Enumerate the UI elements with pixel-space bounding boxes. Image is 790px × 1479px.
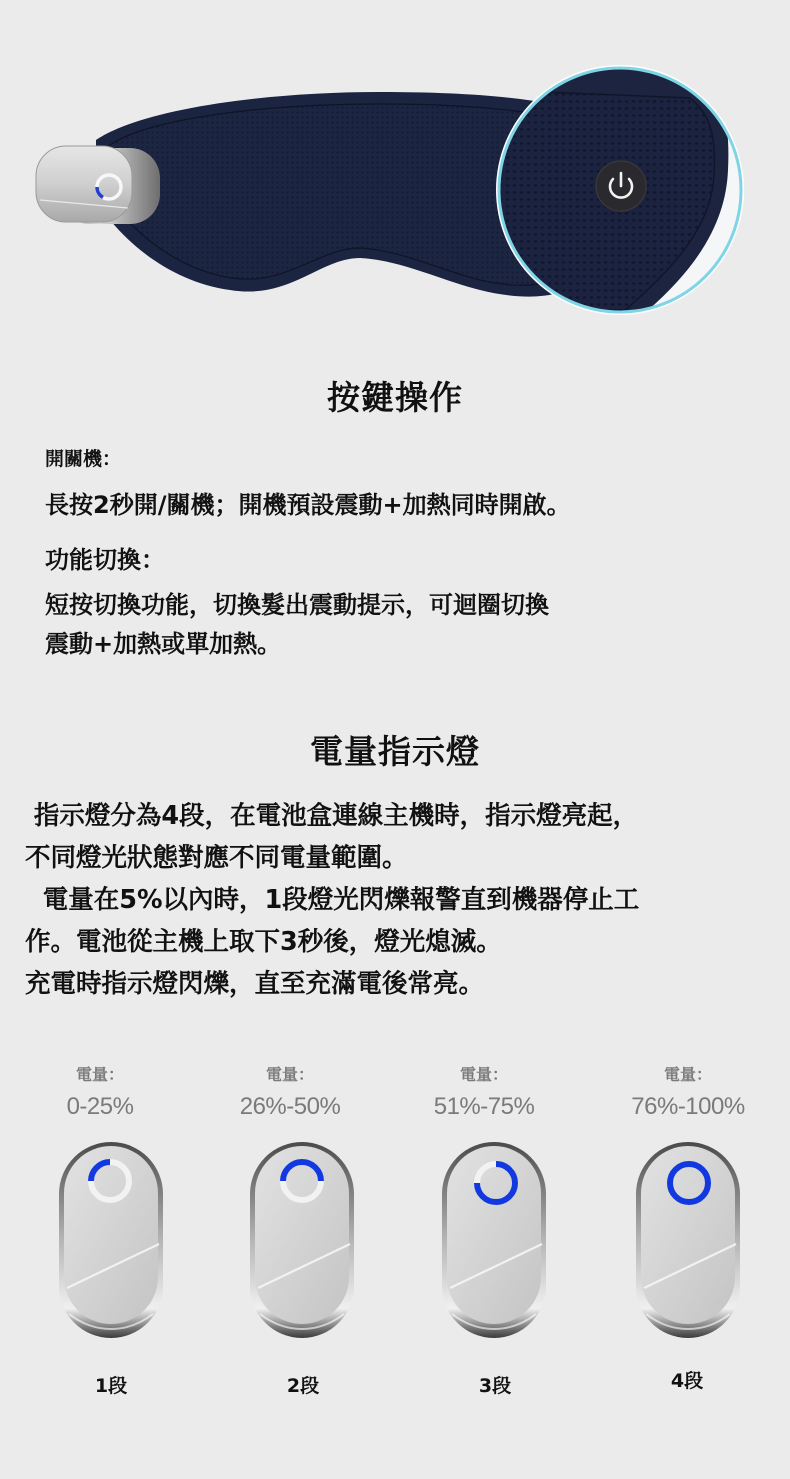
level-4-header: 電量： 76%-100%: [608, 1062, 768, 1121]
power-icon: [595, 160, 647, 212]
level-range: 51%-75%: [404, 1093, 564, 1121]
level-range: 76%-100%: [608, 1093, 768, 1121]
level-range: 26%-50%: [210, 1093, 370, 1121]
indicator-para3: 充電時指示燈閃爍，直至充滿電後常亮。: [25, 964, 484, 1000]
product-hero-image: [0, 0, 790, 340]
level-3-header: 電量： 51%-75%: [404, 1062, 564, 1121]
level-2-header: 電量： 26%-50%: [210, 1062, 370, 1121]
stage-label-2: 2段: [263, 1371, 343, 1398]
eye-mask-illustration: [0, 0, 790, 340]
stage-label-1: 1段: [71, 1371, 151, 1398]
battery-pod-level-3: [438, 1138, 550, 1338]
indicator-para2-line2: 作。電池從主機上取下3秒後，燈光熄滅。: [25, 922, 502, 958]
level-label: 電量：: [20, 1062, 180, 1085]
power-label: 開關機：: [45, 444, 121, 471]
button-ops-title: 按鍵操作: [0, 372, 790, 419]
level-label: 電量：: [210, 1062, 370, 1085]
indicator-para2-line1: 電量在5%以內時，1段燈光閃爍報警直到機器停止工: [25, 880, 639, 916]
function-switch-description-line1: 短按切換功能，切換髮出震動提示，可迴圈切換: [45, 585, 549, 620]
level-label: 電量：: [608, 1062, 768, 1085]
level-range: 0-25%: [20, 1093, 180, 1121]
battery-pod: [36, 146, 160, 224]
stage-label-4: 4段: [647, 1366, 727, 1393]
level-1-header: 電量： 0-25%: [20, 1062, 180, 1121]
function-switch-label: 功能切換：: [45, 540, 165, 575]
battery-pod-level-1: [55, 1138, 167, 1338]
stage-label-3: 3段: [455, 1371, 535, 1398]
battery-pod-level-2: [246, 1138, 358, 1338]
level-label: 電量：: [404, 1062, 564, 1085]
battery-pod-level-4: [632, 1138, 744, 1338]
indicator-title: 電量指示燈: [0, 726, 790, 773]
indicator-para1-line2: 不同燈光狀態對應不同電量範圍。: [25, 838, 408, 874]
function-switch-description-line2: 震動+加熱或單加熱。: [45, 624, 281, 659]
power-description: 長按2秒開/關機；開機預設震動+加熱同時開啟。: [45, 485, 571, 520]
indicator-para1-line1: 指示燈分為4段，在電池盒連線主機時，指示燈亮起，: [25, 796, 638, 832]
